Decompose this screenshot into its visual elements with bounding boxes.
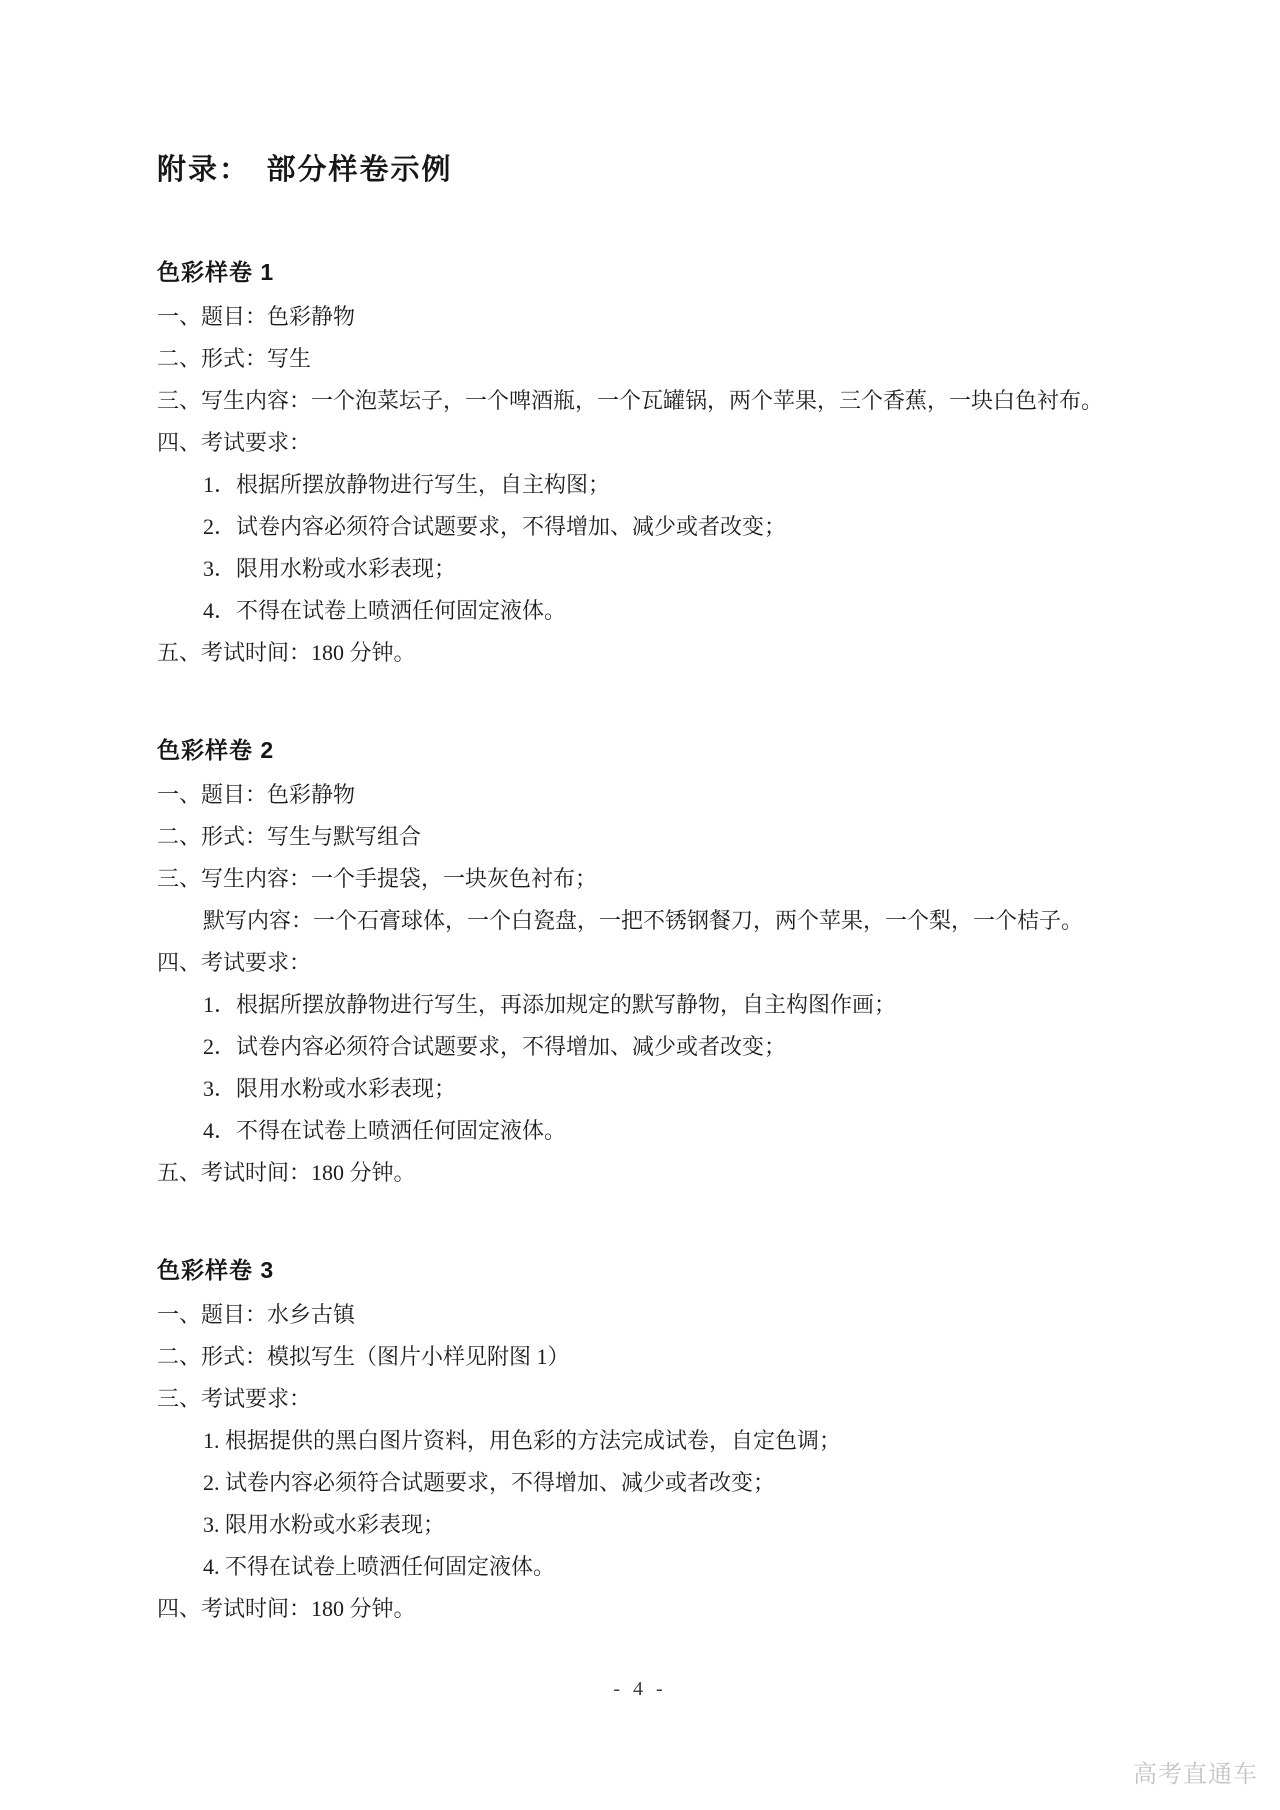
document-content: 附录： 部分样卷示例 色彩样卷 1 一、题目：色彩静物二、形式：写生三、写生内容… [0,0,1280,1630]
page-title: 附录： 部分样卷示例 [157,150,1162,190]
section-line: 四、考试要求： [157,422,1162,464]
section-line: 1．根据所摆放静物进行写生，再添加规定的默写静物，自主构图作画； [157,984,1162,1026]
section-line: 1．根据所摆放静物进行写生，自主构图； [157,464,1162,506]
sample-paper-section: 色彩样卷 3 一、题目：水乡古镇二、形式：模拟写生（图片小样见附图 1）三、考试… [157,1248,1162,1630]
section-heading: 色彩样卷 1 [157,250,1162,294]
section-lines: 一、题目：色彩静物二、形式：写生与默写组合三、写生内容：一个手提袋，一块灰色衬布… [157,774,1162,1194]
section-line: 四、考试时间：180 分钟。 [157,1588,1162,1630]
section-line: 4．不得在试卷上喷洒任何固定液体。 [157,590,1162,632]
section-line: 三、写生内容：一个手提袋，一块灰色衬布； [157,858,1162,900]
section-line: 二、形式：模拟写生（图片小样见附图 1） [157,1336,1162,1378]
section-line: 四、考试要求： [157,942,1162,984]
document-page: 附录： 部分样卷示例 色彩样卷 1 一、题目：色彩静物二、形式：写生三、写生内容… [0,0,1280,1810]
section-line: 一、题目：色彩静物 [157,774,1162,816]
section-line: 3. 限用水粉或水彩表现； [157,1504,1162,1546]
section-line: 2. 试卷内容必须符合试题要求，不得增加、减少或者改变； [157,1462,1162,1504]
section-line: 一、题目：水乡古镇 [157,1294,1162,1336]
section-lines: 一、题目：水乡古镇二、形式：模拟写生（图片小样见附图 1）三、考试要求：1. 根… [157,1294,1162,1630]
section-line: 五、考试时间：180 分钟。 [157,1152,1162,1194]
section-line: 2．试卷内容必须符合试题要求，不得增加、减少或者改变； [157,506,1162,548]
section-line: 1. 根据提供的黑白图片资料，用色彩的方法完成试卷，自定色调； [157,1420,1162,1462]
section-line: 4. 不得在试卷上喷洒任何固定液体。 [157,1546,1162,1588]
watermark: 高考直通车 [1133,1754,1258,1789]
section-line: 3．限用水粉或水彩表现； [157,1068,1162,1110]
section-lines: 一、题目：色彩静物二、形式：写生三、写生内容：一个泡菜坛子，一个啤酒瓶，一个瓦罐… [157,296,1162,674]
sample-paper-section: 色彩样卷 2 一、题目：色彩静物二、形式：写生与默写组合三、写生内容：一个手提袋… [157,728,1162,1194]
section-line: 3．限用水粉或水彩表现； [157,548,1162,590]
section-line: 4．不得在试卷上喷洒任何固定液体。 [157,1110,1162,1152]
section-line: 一、题目：色彩静物 [157,296,1162,338]
section-line: 三、考试要求： [157,1378,1162,1420]
section-line: 二、形式：写生 [157,338,1162,380]
section-line: 三、写生内容：一个泡菜坛子，一个啤酒瓶，一个瓦罐锅，两个苹果，三个香蕉，一块白色… [157,380,1162,422]
section-line: 五、考试时间：180 分钟。 [157,632,1162,674]
sample-paper-section: 色彩样卷 1 一、题目：色彩静物二、形式：写生三、写生内容：一个泡菜坛子，一个啤… [157,250,1162,674]
section-heading: 色彩样卷 2 [157,728,1162,772]
section-heading: 色彩样卷 3 [157,1248,1162,1292]
page-number: - 4 - [0,1678,1280,1701]
section-line: 2．试卷内容必须符合试题要求，不得增加、减少或者改变； [157,1026,1162,1068]
section-line: 默写内容：一个石膏球体，一个白瓷盘，一把不锈钢餐刀，两个苹果，一个梨，一个桔子。 [157,900,1162,942]
section-line: 二、形式：写生与默写组合 [157,816,1162,858]
sections-container: 色彩样卷 1 一、题目：色彩静物二、形式：写生三、写生内容：一个泡菜坛子，一个啤… [157,250,1162,1630]
